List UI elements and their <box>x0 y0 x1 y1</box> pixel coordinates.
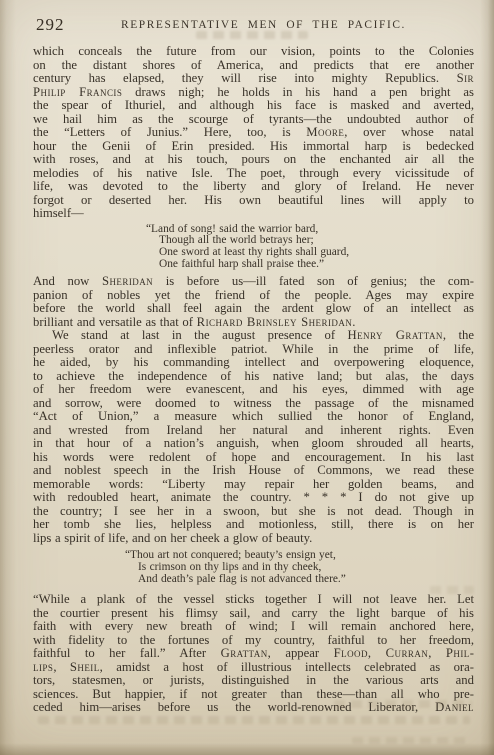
text-line: her tomb she lies, helpless and motionle… <box>33 518 474 532</box>
text-line: with roses, and at his touch, pours on t… <box>33 153 474 167</box>
text-line: ceded him—arises before us the world-ren… <box>33 701 474 715</box>
text-line: “While a plank of the vessel sticks toge… <box>33 593 474 607</box>
text-line: he aided, by his commanding intellect an… <box>33 356 474 370</box>
text-line: faithful to her fall.” After Grattan, ap… <box>33 647 474 661</box>
text-line: on the distant shores of America, and pr… <box>33 59 474 73</box>
text-line: of her freedom were evanescent, and his … <box>33 383 474 397</box>
small-caps-name: Philip Francis <box>33 85 122 99</box>
page-body: which conceals the future from our visio… <box>33 45 474 715</box>
text-line: hour the Genii of Erin presided. His imm… <box>33 140 474 154</box>
text-line: panion of nobles yet the friend of the p… <box>33 289 474 303</box>
show-through-smudge <box>352 737 470 744</box>
text-line: we hail him as the scourge of tyrants—th… <box>33 113 474 127</box>
small-caps-name: Moore <box>306 125 344 139</box>
paragraph-block: And now Sheridan is before us—ill fated … <box>33 275 474 329</box>
text-line: One faithful harp shall praise thee.” <box>146 259 474 271</box>
scan-edge-bottom <box>0 743 494 755</box>
paragraph-block: which conceals the future from our visio… <box>33 45 474 221</box>
text-line: lips, Sheil, amidst a host of illustriou… <box>33 661 474 675</box>
small-caps-name: Sir <box>457 71 474 85</box>
text-line: and noblest speech in the Irish House of… <box>33 464 474 478</box>
small-caps-name: Grattan <box>221 646 268 660</box>
text-line: Philip Francis draws nigh; he holds in h… <box>33 86 474 100</box>
text-line: and sorrow, were doomed to witness the p… <box>33 397 474 411</box>
text-line: life, was devoted to the liberty and glo… <box>33 180 474 194</box>
text-line: which conceals the future from our visio… <box>33 45 474 59</box>
text-line: And now Sheridan is before us—ill fated … <box>33 275 474 289</box>
book-page-scan: 292 REPRESENTATIVE MEN OF THE PACIFIC. w… <box>0 0 494 755</box>
text-line: peerless orator and inflexible patriot. … <box>33 343 474 357</box>
text-line: the country; I see her in a swoon, but s… <box>33 505 474 519</box>
text-line: himself— <box>33 207 474 221</box>
scan-edge-right <box>480 0 494 755</box>
page-header: 292 REPRESENTATIVE MEN OF THE PACIFIC. <box>33 15 474 35</box>
small-caps-name: Richard Brinsley Sheridan <box>197 315 353 329</box>
text-line: faith with every new breath of wind; I w… <box>33 620 474 634</box>
paragraph-block: We stand at last in the august presence … <box>33 329 474 545</box>
small-caps-name: Sheridan <box>102 274 153 288</box>
text-line: One sword at least thy rights shall guar… <box>146 247 474 259</box>
small-caps-name: Sheil <box>70 660 100 674</box>
text-line: and wrested from Ireland her natural and… <box>33 424 474 438</box>
text-line: Is crimson on thy lips and in thy cheek, <box>125 562 474 574</box>
text-line: the “Letters of Junius.” Here, too, is M… <box>33 126 474 140</box>
text-line: tors, statesmen, or jurists, distinguish… <box>33 674 474 688</box>
text-line: before the world shall feel again the ar… <box>33 302 474 316</box>
text-line: sciences. But happier, if not greater th… <box>33 688 474 702</box>
text-line: melodies of his native Isle. The poet, t… <box>33 167 474 181</box>
text-line: in that hour of a nation’s anguish, when… <box>33 437 474 451</box>
text-line: We stand at last in the august presence … <box>33 329 474 343</box>
text-line: his words were redolent of hope and enco… <box>33 451 474 465</box>
small-caps-name: Daniel <box>435 700 474 714</box>
running-title: REPRESENTATIVE MEN OF THE PACIFIC. <box>43 19 484 31</box>
small-caps-name: Henry Grattan <box>347 328 442 342</box>
verse-block: “Thou art not conquered; beauty’s ensign… <box>125 550 474 585</box>
text-line: the spear of Ithuriel, and although his … <box>33 99 474 113</box>
text-line: the courtier present his flimsy sail, an… <box>33 607 474 621</box>
text-line: with redoubled heart, animate the countr… <box>33 491 474 505</box>
text-line: with fidelity to the fortunes of my coun… <box>33 634 474 648</box>
text-line: memorable words: “Liberty may repair her… <box>33 478 474 492</box>
text-line: forgot or deserted her. His own beautifu… <box>33 194 474 208</box>
show-through-smudge <box>38 716 470 724</box>
paragraph-block: “While a plank of the vessel sticks toge… <box>33 593 474 715</box>
verse-block: “Land of song! said the warrior bard,Tho… <box>146 224 474 271</box>
text-line: lips a spirit of life, and on her cheek … <box>33 532 474 546</box>
text-line: brilliant and versatile as that of Richa… <box>33 316 474 330</box>
text-line: “Act of Union,” a measure which sullied … <box>33 410 474 424</box>
small-caps-name: lips <box>33 660 53 674</box>
text-line: century has elapsed, they will rise into… <box>33 72 474 86</box>
small-caps-name: Curran <box>386 646 429 660</box>
small-caps-name: Phil <box>446 646 470 660</box>
text-line: to achieve the independence of his nativ… <box>33 370 474 384</box>
small-caps-name: Flood <box>334 646 368 660</box>
text-line: And death’s pale flag is not advanced th… <box>125 574 474 586</box>
scan-edge-left <box>0 0 16 755</box>
